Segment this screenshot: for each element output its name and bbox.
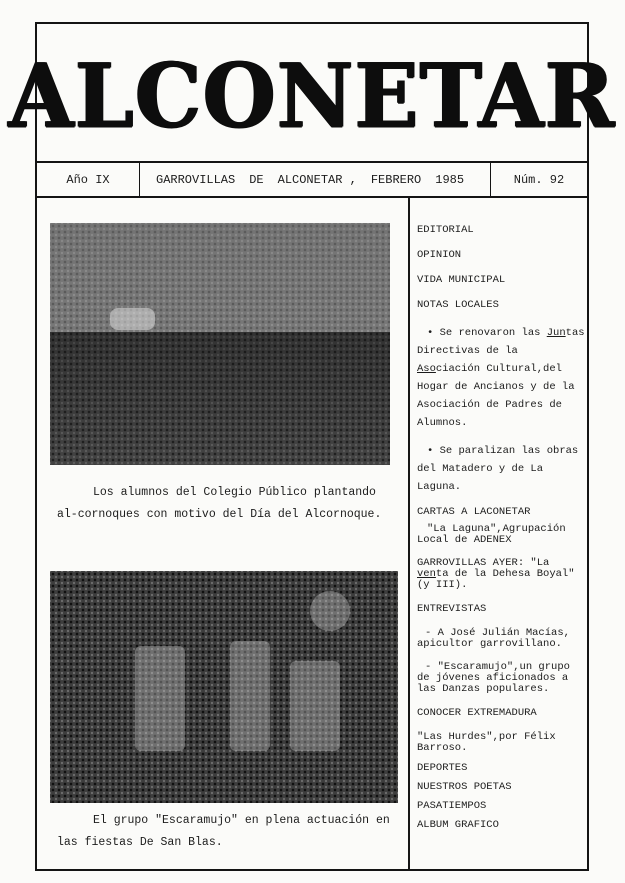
toc-garrovillas-ayer: GARROVILLAS AYER: "La venta de la Dehesa… — [417, 558, 587, 591]
place-de: DE — [249, 173, 263, 187]
toc-editorial: EDITORIAL — [417, 224, 587, 236]
text: ciación Cultural,del Hogar de Ancianos y… — [417, 363, 575, 429]
place-date: GARROVILLAS DE ALCONETAR , FEBRERO 1985 — [140, 163, 491, 196]
caption-photo-1: Los alumnos del Colegio Público plantand… — [57, 482, 402, 526]
toc-entrevistas-item-1: - A José Julián Macías, apicultor garrov… — [417, 628, 587, 650]
toc-vida-municipal: VIDA MUNICIPAL — [417, 274, 587, 286]
toc-opinion: OPINION — [417, 249, 587, 261]
page-frame: ALCONETAR Año IX GARROVILLAS DE ALCONETA… — [35, 22, 589, 871]
toc-notas-item-2: • Se paralizan las obras del Matadero y … — [417, 442, 587, 496]
photo-figure — [135, 646, 185, 751]
text: Jun — [547, 327, 566, 339]
toc-entrevistas: ENTREVISTAS — [417, 603, 587, 615]
toc-cartas: CARTAS A LACONETAR — [417, 506, 587, 518]
toc-deportes: DEPORTES — [417, 762, 587, 774]
toc-conocer-item: "Las Hurdes",por Félix Barroso. — [417, 732, 587, 754]
toc-poetas: NUESTROS POETAS — [417, 781, 587, 793]
photo-sky — [50, 223, 390, 332]
toc-pasatiempos: PASATIEMPOS — [417, 800, 587, 812]
text: • Se renovaron las — [427, 327, 547, 339]
text: ta de la Dehesa Boyal"(y III). — [417, 568, 575, 591]
place-name: GARROVILLAS — [156, 173, 235, 187]
toc-album: ALBUM GRAFICO — [417, 819, 587, 831]
issue-number: Núm. 92 — [491, 163, 587, 196]
toc-conocer-extremadura: CONOCER EXTREMADURA — [417, 707, 587, 719]
photo-figure — [230, 641, 270, 751]
masthead: ALCONETAR — [37, 24, 587, 161]
caption-photo-2: El grupo "Escaramujo" en plena actuación… — [57, 810, 402, 854]
toc-notas-locales: NOTAS LOCALES — [417, 299, 587, 311]
column-divider — [408, 198, 410, 871]
photo-figure — [310, 591, 350, 631]
place-town: ALCONETAR , — [278, 173, 357, 187]
photo-figure — [290, 661, 340, 751]
issue-month: FEBRERO — [371, 173, 421, 187]
toc-cartas-item: "La Laguna",Agrupación Local de ADENEX — [417, 524, 587, 546]
newspaper-title: ALCONETAR — [9, 44, 616, 148]
photo-escaramujo — [50, 571, 398, 803]
toc-entrevistas-item-2: - "Escaramujo",un grupo de jóvenes afici… — [417, 662, 587, 695]
photo-highlight — [110, 308, 155, 330]
text: Aso — [417, 363, 436, 375]
toc-notas-item-1: • Se renovaron las Juntas Directivas de … — [417, 324, 587, 432]
table-of-contents: EDITORIAL OPINION VIDA MUNICIPAL NOTAS L… — [417, 224, 587, 844]
photo-ground — [50, 332, 390, 465]
issue-info-row: Año IX GARROVILLAS DE ALCONETAR , FEBRER… — [37, 161, 587, 198]
photo-tree-planting — [50, 223, 390, 465]
volume-year: Año IX — [37, 163, 140, 196]
issue-year: 1985 — [435, 173, 464, 187]
